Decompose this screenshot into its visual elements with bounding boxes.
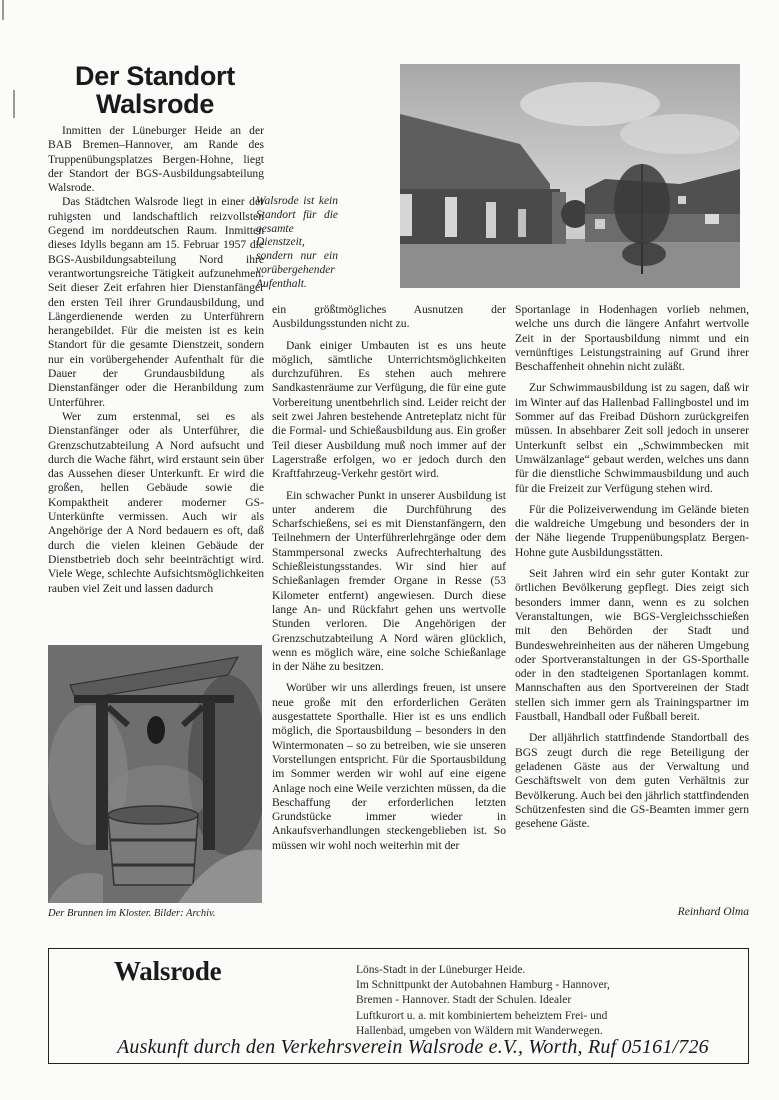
advertisement-line: Luftkurort u. a. mit kombiniertem beheiz… — [356, 1009, 716, 1024]
advertisement-text: Löns-Stadt in der Lüneburger Heide. Im S… — [356, 963, 716, 1039]
scan-margin-mark — [13, 90, 15, 118]
paragraph: Der alljährlich stattfindende Standortba… — [515, 731, 749, 831]
paragraph: Dank einiger Umbauten ist es uns heute m… — [272, 339, 506, 482]
paragraph: Ein schwacher Punkt in unserer Ausbildun… — [272, 489, 506, 675]
article-title: Der Standort Walsrode — [50, 62, 260, 118]
article-column-3: Sportanlage in Hodenhagen vorlieb nehmen… — [515, 303, 749, 831]
paragraph: Seit Jahren wird ein sehr guter Kontakt … — [515, 567, 749, 724]
paragraph: Wer zum erstenmal, sei es als Dienstanfä… — [48, 410, 264, 596]
well-photo-image — [48, 645, 262, 903]
paragraph: Für die Polizeiverwendung im Gelände bie… — [515, 503, 749, 560]
article-title-line2: Walsrode — [50, 90, 260, 118]
advertisement-line: Löns-Stadt in der Lüneburger Heide. — [356, 963, 716, 978]
photo-barracks-buildings — [400, 64, 740, 288]
photo-monastery-well — [48, 645, 262, 903]
paragraph: Sportanlage in Hodenhagen vorlieb nehmen… — [515, 303, 749, 374]
advertisement-title: Walsrode — [114, 956, 221, 987]
paragraph: Inmitten der Lüneburger Heide an der BAB… — [48, 124, 264, 195]
paragraph: Das Städtchen Walsrode liegt in einer de… — [48, 195, 264, 409]
article-column-2: ein größtmögliches Ausnutzen der Ausbild… — [272, 303, 506, 853]
photo-caption: Der Brunnen im Kloster. Bilder: Archiv. — [48, 907, 268, 920]
paragraph: Worüber wir uns allerdings freuen, ist u… — [272, 681, 506, 853]
article-title-line1: Der Standort — [50, 62, 260, 90]
advertisement-line: Bremen - Hannover. Stadt der Schulen. Id… — [356, 993, 716, 1008]
paragraph: Zur Schwimmausbildung ist zu sagen, daß … — [515, 381, 749, 495]
pull-quote: Walsrode ist kein Standort für die gesam… — [256, 195, 338, 292]
article-column-1: Inmitten der Lüneburger Heide an der BAB… — [48, 124, 264, 596]
advertisement-footer: Auskunft durch den Verkehrsverein Walsro… — [117, 1036, 709, 1059]
advertisement-line: Im Schnittpunkt der Autobahnen Hamburg -… — [356, 978, 716, 993]
barracks-photo-image — [400, 64, 740, 288]
paragraph: ein größtmögliches Ausnutzen der Ausbild… — [272, 303, 506, 332]
scan-margin-mark — [2, 0, 4, 20]
author-signature: Reinhard Olma — [515, 905, 749, 918]
